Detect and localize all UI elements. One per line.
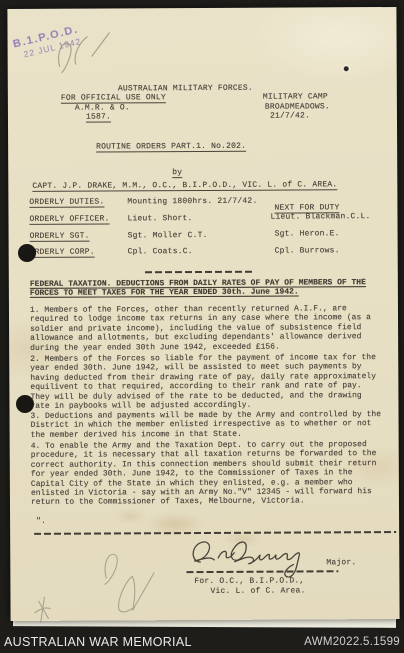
pencil-initials-scribble xyxy=(47,26,117,76)
stray-mark: ". xyxy=(36,517,46,526)
paragraph-3: 3. Deductions and payments will be made … xyxy=(31,410,384,440)
scan-background: B.1.P.O.D. 22 JUL 1942 AUSTRALIAN MILITA… xyxy=(0,0,404,653)
paragraph-2: 2. Members of the Forces so liable for t… xyxy=(30,353,383,411)
document-page: B.1.P.O.D. 22 JUL 1942 AUSTRALIAN MILITA… xyxy=(7,7,399,621)
header-amr: A.M.R. & O. xyxy=(75,103,130,112)
signature-for-line2: Vic. L. of C. Area. xyxy=(210,586,305,595)
roster-next: Lieut. Blackman.C.L. xyxy=(270,212,370,222)
roster-value: Sgt. Moller C.T. xyxy=(128,230,208,239)
header-camp-line1: MILITARY CAMP xyxy=(263,92,328,101)
roster-value: Lieut. Short. xyxy=(127,214,192,223)
punch-hole-top xyxy=(18,244,36,262)
header-date: 21/7/42. xyxy=(270,111,310,120)
roster-next: Cpl. Burrows. xyxy=(275,246,340,255)
roster-value: Mounting 1800hrs. 21/7/42. xyxy=(127,197,257,207)
paragraph-1: 1. Members of the Forces, other than rec… xyxy=(30,304,383,353)
roster-label: ORDERLY OFFICER. xyxy=(29,214,109,224)
pin-hole xyxy=(342,64,351,73)
archive-footer: AUSTRALIAN WAR MEMORIAL AWM2022.5.1599 xyxy=(0,628,404,653)
paragraph-4: 4. To enable the Army and the Taxation D… xyxy=(31,440,384,508)
roster-label: ORDERLY CORP. xyxy=(30,248,95,258)
punch-hole-bottom xyxy=(16,395,34,413)
by-word: by xyxy=(172,168,182,178)
roster-next: Sgt. Heron.E. xyxy=(275,229,340,238)
roster-label: ORDERLY DUTIES. xyxy=(29,198,104,208)
roster-value: Cpl. Coats.C. xyxy=(128,247,193,256)
signature-rank: Major. xyxy=(326,558,356,567)
routine-orders-title: ROUTINE ORDERS PART.1. No.202. xyxy=(96,142,246,153)
header-ref-no: 1587. xyxy=(86,112,111,122)
roster-label: ORDERLY SGT. xyxy=(30,231,90,241)
section-divider xyxy=(145,271,255,274)
header-camp-line2: BROADMEADOWS. xyxy=(265,102,330,111)
pencil-scribbles xyxy=(24,538,154,624)
header-org: AUSTRALIAN MILITARY FORCES. xyxy=(118,84,253,94)
archive-name: AUSTRALIAN WAR MEMORIAL xyxy=(4,635,192,649)
signature-for-line1: For. O.C., B.I.P.O.D., xyxy=(194,576,304,586)
archive-accession-number: AWM2022.5.1599 xyxy=(304,636,400,648)
issuing-officer-line: CAPT. J.P. DRAKE, M.M., O.C., B.I.P.O.D.… xyxy=(32,180,337,192)
taxation-heading: FEDERAL TAXATION. DEDUCTIONS FROM DAILY … xyxy=(30,278,383,299)
